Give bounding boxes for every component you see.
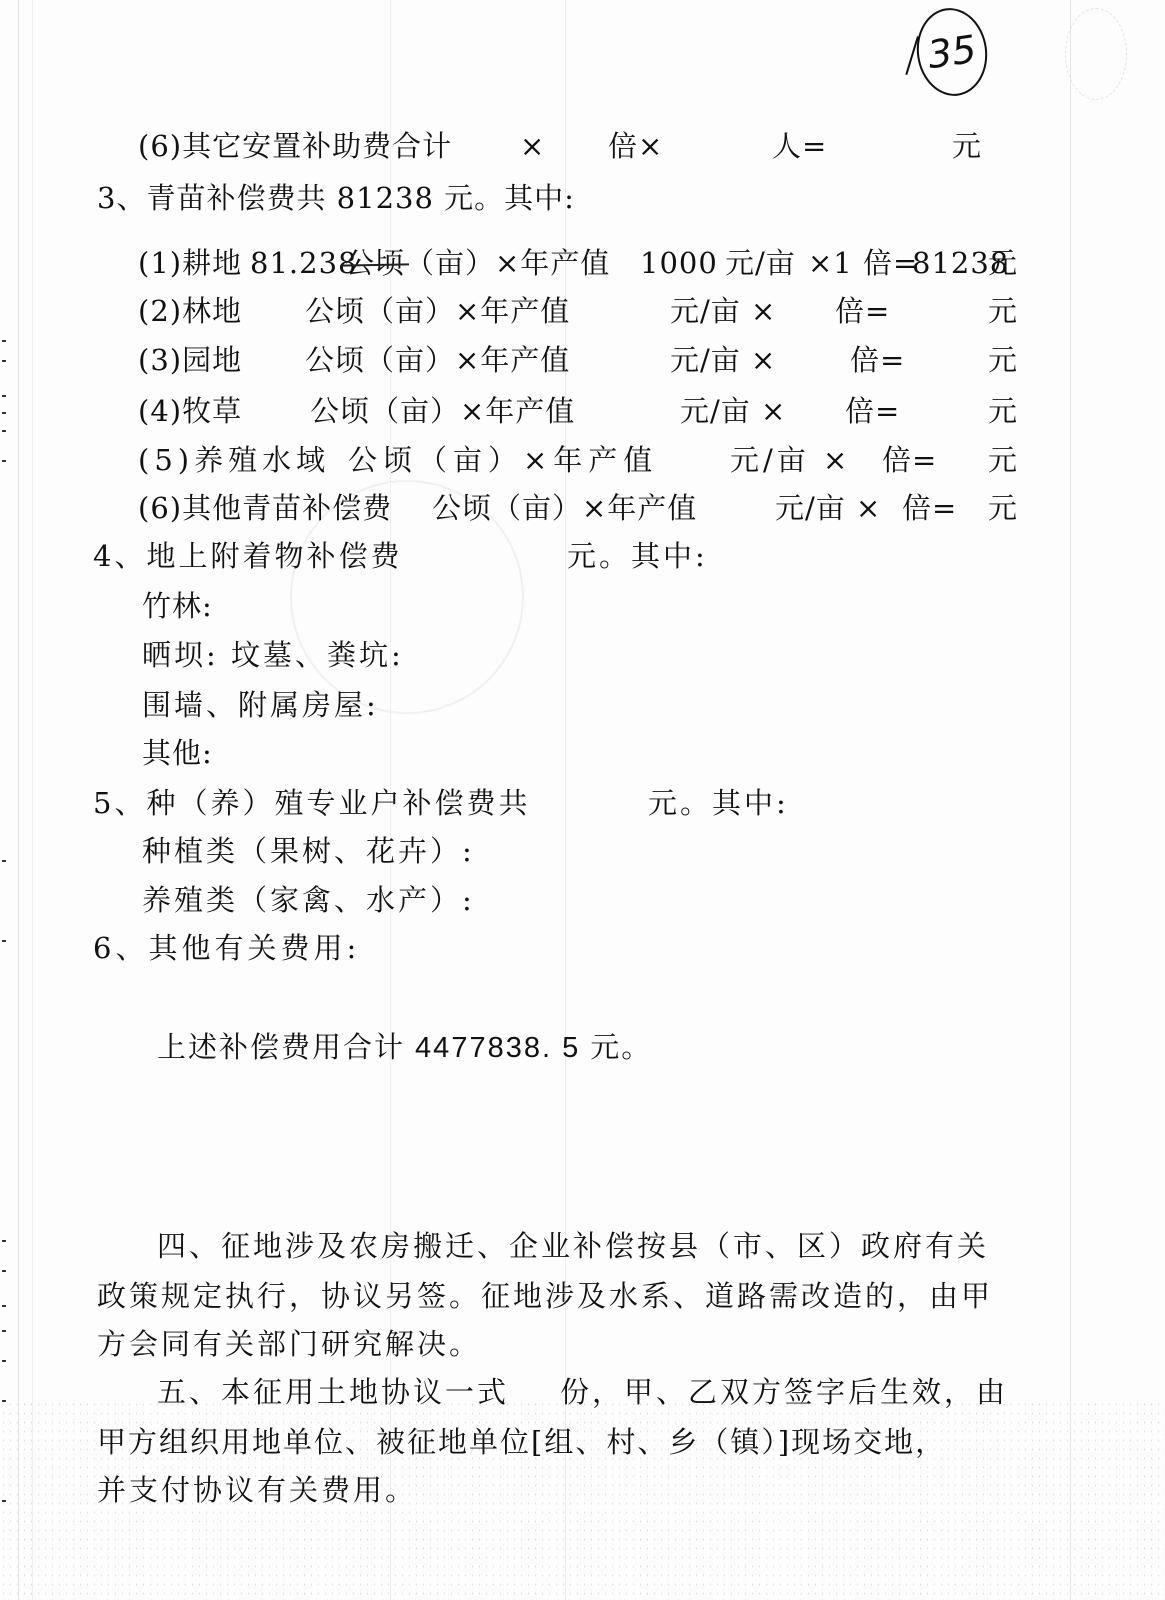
crop-row-1-label: (1)耕地 [138, 245, 242, 281]
compensation-total: 上述补偿费用合计 4477838. 5 元。 [157, 1030, 652, 1066]
crop-row-4-per: 元/亩 × [680, 393, 786, 429]
crop-row-2-unit: 公顷（亩）×年产值 [305, 293, 570, 329]
crop-row-2-bei: 倍= [835, 293, 890, 329]
breeding-item: 种植类（果树、花卉）: [142, 833, 475, 869]
faint-seal-mark [1065, 8, 1127, 100]
crop-row-4-bei: 倍= [845, 393, 900, 429]
clause-4-line: 四、征地涉及农房搬迁、企业补偿按县（市、区）政府有关 [157, 1228, 989, 1264]
clause-5-line2: 甲方组织用地单位、被征地单位[组、村、乡（镇）]现场交地， [97, 1424, 946, 1460]
section-5-heading: 5、种（养）殖专业户补偿费共 [93, 785, 530, 821]
section-4-heading: 4、地上附着物补偿费 [93, 538, 402, 574]
page-number-text: 35 [925, 27, 979, 77]
clause-4-line: 政策规定执行，协议另签。征地涉及水系、道路需改造的，由甲 [97, 1278, 993, 1314]
yuan-unit: 元 [952, 128, 982, 164]
crop-row-6-bei: 倍= [902, 490, 957, 526]
section-4-heading-tail: 元。其中: [567, 538, 708, 574]
handwritten-page-number: 35 [911, 4, 993, 101]
struck-unit: 公顷 [345, 245, 405, 281]
crop-row-1-unit-struck: 公顷 [345, 245, 405, 281]
crop-row-2-yuan: 元 [988, 293, 1018, 329]
ren-equals: 人= [772, 128, 827, 164]
crop-row-1-value: 1000 [640, 245, 718, 281]
crop-row-5-label: (5)养殖水域 [138, 442, 330, 478]
clause-5-line1-b: 份，甲、乙双方签字后生效，由 [560, 1374, 1008, 1410]
crop-row-1-area: 81.238 [250, 245, 357, 281]
crop-row-3-label: (3)园地 [138, 342, 242, 378]
crop-row-1-per: 元/亩 [725, 245, 796, 281]
breeding-item: 养殖类（家禽、水产）: [142, 882, 475, 918]
section-6-heading: 6、其他有关费用: [93, 930, 360, 966]
clause-5-line1-a: 五、本征用土地协议一式 [157, 1374, 509, 1410]
crop-row-2-label: (2)林地 [138, 293, 242, 329]
document-page: 35 (6)其它安置补助费合计 × 倍× 人= 元 3、青苗补偿费共 81238… [0, 0, 1165, 1600]
crop-row-3-bei: 倍= [850, 342, 905, 378]
attachment-item: 围墙、附属房屋: [142, 687, 379, 723]
scan-line [565, 0, 566, 1600]
crop-row-1-yuan: 元 [988, 245, 1018, 281]
attachment-item: 竹林: [142, 588, 213, 624]
section-5-heading-tail: 元。其中: [648, 785, 789, 821]
crop-row-5-per: 元/亩 × [730, 442, 851, 478]
clause-5-line3: 并支付协议有关费用。 [97, 1472, 417, 1508]
section-3-heading: 3、青苗补偿费共 81238 元。其中: [97, 180, 575, 216]
crop-row-5-bei: 倍= [882, 442, 937, 478]
crop-row-1-times: ×1 倍= [808, 245, 918, 281]
margin-punch-marks [0, 0, 14, 1600]
resettlement-other-label: (6)其它安置补助费合计 [138, 128, 452, 164]
crop-row-3-per: 元/亩 × [670, 342, 776, 378]
crop-row-4-unit: 公顷（亩）×年产值 [310, 393, 575, 429]
crop-row-6-yuan: 元 [988, 490, 1018, 526]
attachment-item: 晒坝: 坟墓、粪坑: [142, 637, 404, 673]
crop-row-1-unit: （亩）×年产值 [405, 245, 610, 281]
crop-row-6-label: (6)其他青苗补偿费 [138, 490, 392, 526]
crop-row-6-unit: 公顷（亩）×年产值 [432, 490, 697, 526]
crop-row-4-yuan: 元 [988, 393, 1018, 429]
crop-row-6-per: 元/亩 × [775, 490, 881, 526]
scan-line [1070, 0, 1071, 1600]
times-sign: × [520, 128, 545, 164]
scan-line [32, 0, 33, 1600]
crop-row-3-yuan: 元 [988, 342, 1018, 378]
attachment-item: 其他: [142, 735, 213, 771]
crop-row-4-label: (4)牧草 [138, 393, 242, 429]
scan-line [18, 0, 19, 1600]
crop-row-2-per: 元/亩 × [670, 293, 776, 329]
crop-row-5-unit: 公顷（亩）×年产值 [348, 442, 658, 478]
crop-row-5-yuan: 元 [988, 442, 1018, 478]
clause-4-line: 方会同有关部门研究解决。 [97, 1326, 481, 1362]
crop-row-3-unit: 公顷（亩）×年产值 [305, 342, 570, 378]
bei-times: 倍× [608, 128, 663, 164]
